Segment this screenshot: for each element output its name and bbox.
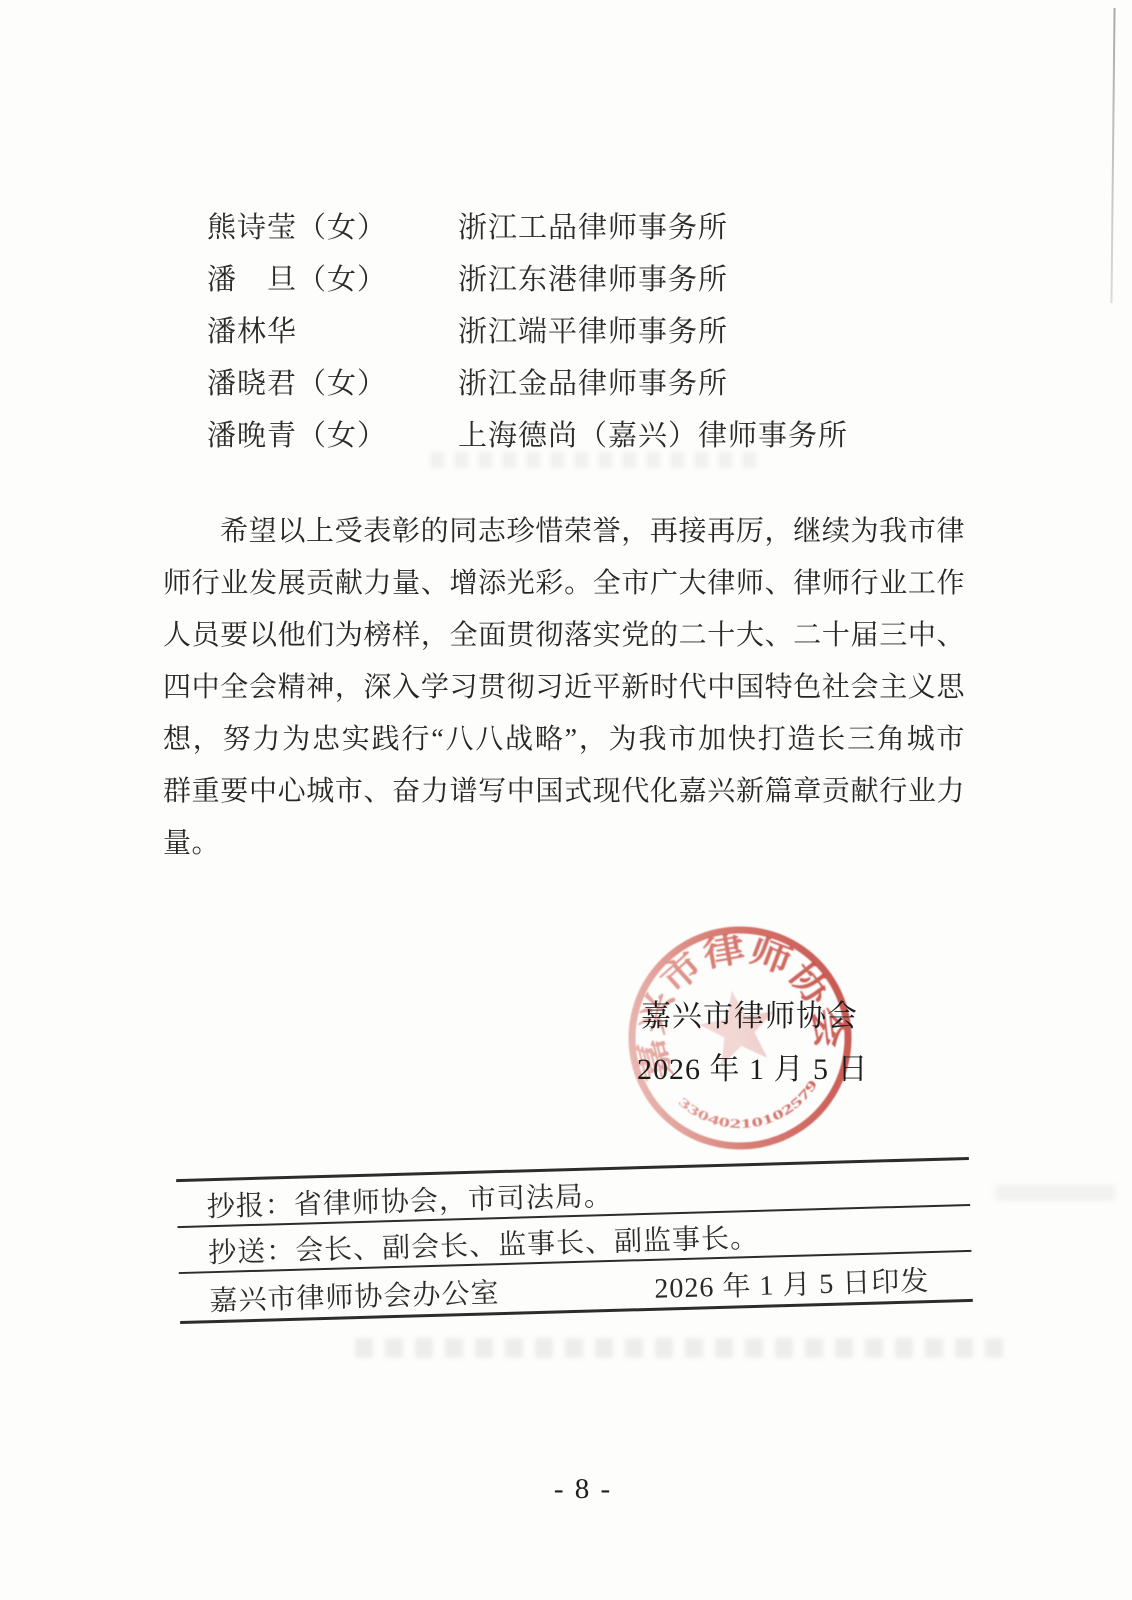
- awardee-firm: 浙江工品律师事务所: [458, 205, 967, 246]
- awardee-firm: 浙江金品律师事务所: [458, 361, 967, 402]
- body-line: 希望以上受表彰的同志珍惜荣誉，再接再厉，继续为我市律: [163, 506, 965, 558]
- body-line: 人员要以他们为榜样，全面贯彻落实党的二十大、二十届三中、: [163, 610, 965, 662]
- document-footer: 抄报： 省律师协会，市司法局。 抄送： 会长、副会长、监事长、副监事长。 嘉兴市…: [176, 1157, 973, 1324]
- awardee-firm: 上海德尚（嘉兴）律师事务所: [458, 413, 967, 454]
- body-line: 群重要中心城市、奋力谱写中国式现代化嘉兴新篇章贡献行业力: [163, 766, 965, 818]
- copy-to-value: 省律师协会，市司法局。: [293, 1174, 613, 1223]
- awardee-row: 潘晚青（女） 上海德尚（嘉兴）律师事务所: [207, 407, 967, 459]
- scan-ghosting: [355, 1338, 1005, 1358]
- official-seal: 嘉兴市律师协会 33040210102579: [620, 918, 860, 1158]
- copy-to-label: 抄报：: [206, 1183, 294, 1225]
- body-line: 想，努力为忠实践行“八八战略”，为我市加快打造长三角城市: [163, 714, 965, 766]
- awardee-row: 潘 旦（女） 浙江东港律师事务所: [207, 251, 967, 303]
- awardee-row: 潘林华 浙江端平律师事务所: [207, 303, 967, 355]
- print-date: 2026 年 1 月 5 日印发: [654, 1259, 930, 1307]
- body-line: 量。: [163, 818, 965, 870]
- document-page: 熊诗莹（女） 浙江工品律师事务所 潘 旦（女） 浙江东港律师事务所 潘林华 浙江…: [0, 0, 1132, 1600]
- signature-date: 2026 年 1 月 5 日: [637, 1044, 869, 1088]
- cc-label: 抄送：: [208, 1229, 296, 1271]
- scan-ghosting: [995, 1185, 1115, 1201]
- awardee-name: 潘 旦（女）: [207, 257, 458, 298]
- issuing-office: 嘉兴市律师协会办公室: [209, 1271, 500, 1319]
- awardee-row: 熊诗莹（女） 浙江工品律师事务所: [207, 199, 967, 251]
- awardee-list: 熊诗莹（女） 浙江工品律师事务所 潘 旦（女） 浙江东港律师事务所 潘林华 浙江…: [207, 199, 967, 459]
- page-number: - 8 -: [17, 1473, 1132, 1506]
- signature-org: 嘉兴市律师协会: [641, 991, 858, 1035]
- awardee-name: 熊诗莹（女）: [207, 205, 458, 246]
- scan-edge-artifact: [1110, 8, 1115, 303]
- awardee-firm: 浙江东港律师事务所: [458, 257, 967, 298]
- body-paragraph: 希望以上受表彰的同志珍惜荣誉，再接再厉，继续为我市律 师行业发展贡献力量、增添光…: [163, 506, 965, 870]
- awardee-name: 潘晚青（女）: [207, 413, 458, 454]
- awardee-firm: 浙江端平律师事务所: [458, 309, 967, 350]
- body-line: 师行业发展贡献力量、增添光彩。全市广大律师、律师行业工作: [163, 558, 965, 610]
- awardee-name: 潘林华: [207, 309, 458, 350]
- awardee-row: 潘晓君（女） 浙江金品律师事务所: [207, 355, 967, 407]
- awardee-name: 潘晓君（女）: [207, 361, 458, 402]
- body-line: 四中全会精神，深入学习贯彻习近平新时代中国特色社会主义思: [163, 662, 965, 714]
